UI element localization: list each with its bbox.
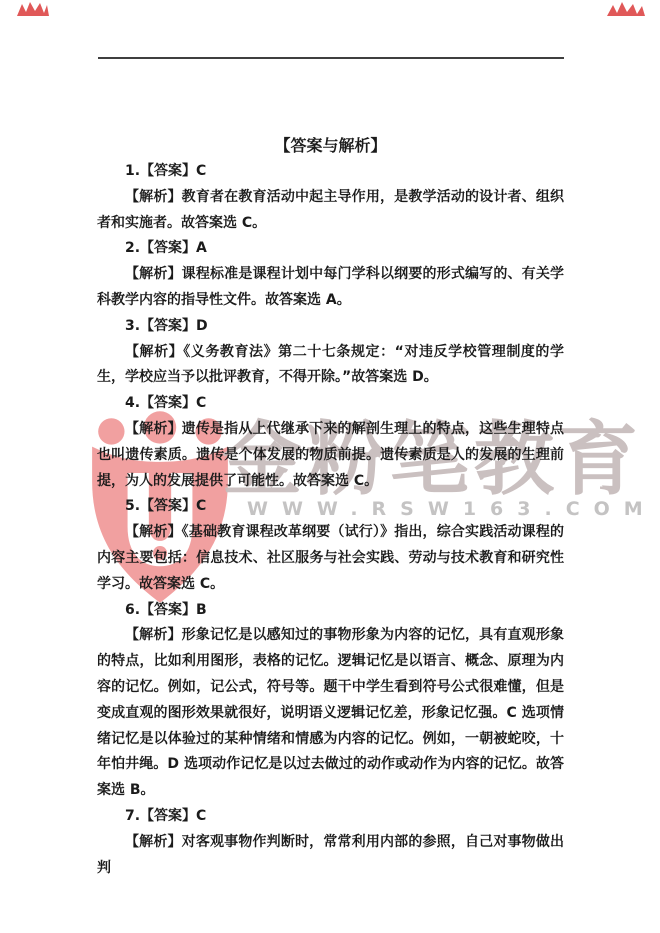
analysis-paragraph: 【解析】课程标准是课程计划中每门学科以纲要的形式编写的、有关学科教学内容的指导性… <box>97 262 564 314</box>
answer-line: 1.【答案】C <box>97 159 564 185</box>
analysis-paragraph: 【解析】《义务教育法》第二十七条规定：“对违反学校管理制度的学生，学校应当予以批… <box>97 340 564 392</box>
answer-list: 1.【答案】C【解析】教育者在教育活动中起主导作用，是教学活动的设计者、组织者和… <box>97 159 564 881</box>
answer-line: 2.【答案】A <box>97 236 564 262</box>
answer-line: 6.【答案】B <box>97 598 564 624</box>
analysis-paragraph: 【解析】对客观事物作判断时，常常利用内部的参照，自己对事物做出判 <box>97 830 564 882</box>
answers-section: 【答案与解析】 1.【答案】C【解析】教育者在教育活动中起主导作用，是教学活动的… <box>97 133 564 881</box>
red-corner-mark-left <box>17 2 49 16</box>
analysis-paragraph: 【解析】教育者在教育活动中起主导作用，是教学活动的设计者、组织者和实施者。故答案… <box>97 185 564 237</box>
red-corner-mark-right <box>607 2 645 16</box>
answer-line: 3.【答案】D <box>97 314 564 340</box>
answer-line: 7.【答案】C <box>97 804 564 830</box>
page-title: 【答案与解析】 <box>97 133 564 159</box>
analysis-paragraph: 【解析】《基础教育课程改革纲要（试行）》指出，综合实践活动课程的内容主要包括：信… <box>97 520 564 597</box>
answer-line: 5.【答案】C <box>97 494 564 520</box>
header-rule <box>98 57 564 59</box>
answer-line: 4.【答案】C <box>97 391 564 417</box>
analysis-paragraph: 【解析】形象记忆是以感知过的事物形象为内容的记忆，具有直观形象的特点，比如利用图… <box>97 623 564 804</box>
analysis-paragraph: 【解析】遗传是指从上代继承下来的解剖生理上的特点，这些生理特点也叫遗传素质。遗传… <box>97 417 564 494</box>
document-page: { "title": "【答案与解析】", "watermark": { "br… <box>0 0 660 933</box>
